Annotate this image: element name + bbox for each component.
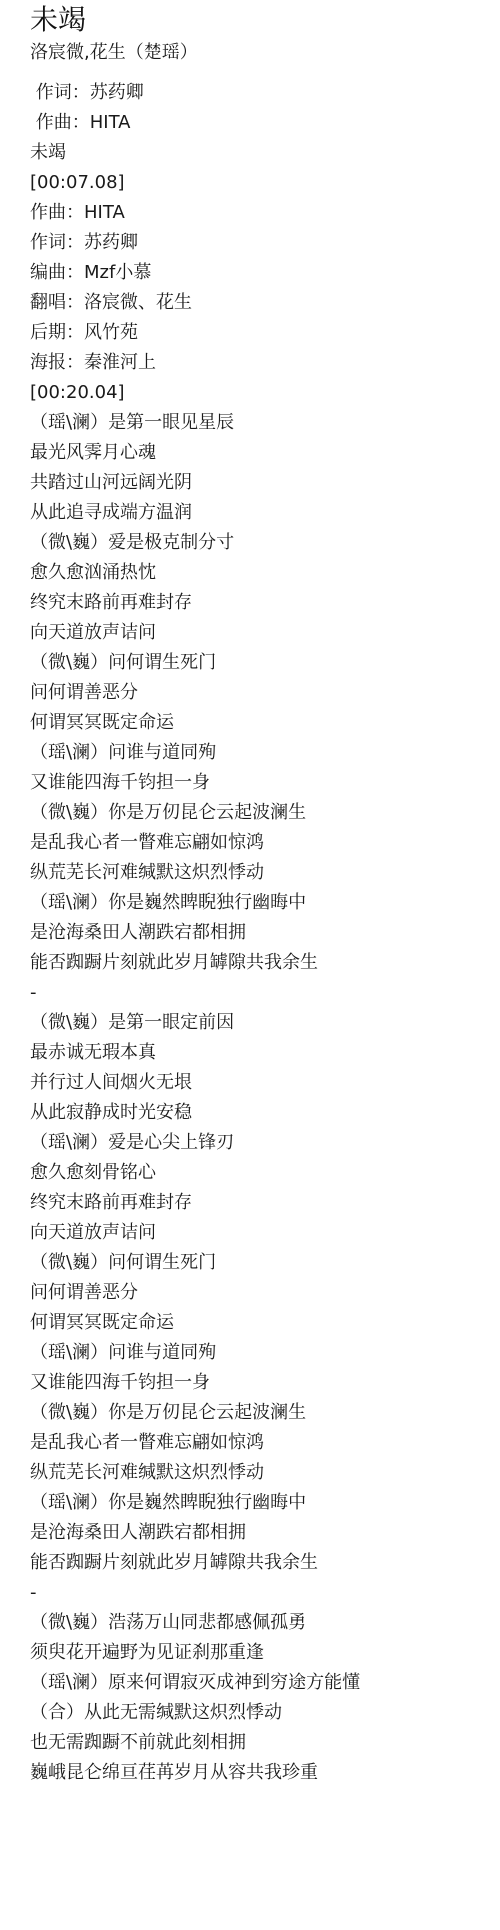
lyric-line: 能否踟蹰片刻就此岁月罅隙共我余生 xyxy=(30,1548,490,1578)
lyric-line: 何谓冥冥既定命运 xyxy=(30,708,490,738)
lyric-line: - xyxy=(30,1578,490,1608)
lyric-line: （微\巍）爱是极克制分寸 xyxy=(30,528,490,558)
lyric-line: 终究末路前再难封存 xyxy=(30,1188,490,1218)
lyric-line: 未竭 xyxy=(30,138,490,168)
lyric-line: [00:20.04] xyxy=(30,378,490,408)
song-artist: 洛宸微,花生（楚瑶） xyxy=(30,40,490,66)
lyric-line: 是乱我心者一瞥难忘翩如惊鸿 xyxy=(30,828,490,858)
lyric-line: 最光风霁月心魂 xyxy=(30,438,490,468)
lyric-line: （微\巍）你是万仞昆仑云起波澜生 xyxy=(30,798,490,828)
lyric-line: （瑶\澜）你是巍然睥睨独行幽晦中 xyxy=(30,888,490,918)
lyric-line: 并行过人间烟火无垠 xyxy=(30,1068,490,1098)
lyric-line: 是沧海桑田人潮跌宕都相拥 xyxy=(30,918,490,948)
lyric-line: 问何谓善恶分 xyxy=(30,678,490,708)
lyrics-list: 作词：苏药卿 作曲：HITA未竭[00:07.08]作曲：HITA作词：苏药卿编… xyxy=(30,78,490,1788)
lyric-line: （合）从此无需缄默这炽烈悸动 xyxy=(30,1698,490,1728)
lyric-line: 向天道放声诘问 xyxy=(30,618,490,648)
lyric-line: 何谓冥冥既定命运 xyxy=(30,1308,490,1338)
lyric-line: 从此寂静成时光安稳 xyxy=(30,1098,490,1128)
lyric-line: 愈久愈汹涌热忱 xyxy=(30,558,490,588)
lyric-line: 向天道放声诘问 xyxy=(30,1218,490,1248)
lyric-line: 最赤诚无瑕本真 xyxy=(30,1038,490,1068)
lyrics-page: 未竭 洛宸微,花生（楚瑶） 作词：苏药卿 作曲：HITA未竭[00:07.08]… xyxy=(30,0,490,1788)
song-title: 未竭 xyxy=(30,2,490,38)
lyric-line: 作曲：HITA xyxy=(30,108,490,138)
lyric-line: 愈久愈刻骨铭心 xyxy=(30,1158,490,1188)
lyric-line: 后期：风竹苑 xyxy=(30,318,490,348)
lyric-line: （微\巍）是第一眼定前因 xyxy=(30,1008,490,1038)
lyric-line: （微\巍）问何谓生死门 xyxy=(30,648,490,678)
lyric-line: （瑶\澜）问谁与道同殉 xyxy=(30,1338,490,1368)
lyric-line: （瑶\澜）原来何谓寂灭成神到穷途方能懂 xyxy=(30,1668,490,1698)
lyric-line: 翻唱：洛宸微、花生 xyxy=(30,288,490,318)
lyric-line: 编曲：Mzf小慕 xyxy=(30,258,490,288)
lyric-line: （瑶\澜）爱是心尖上锋刃 xyxy=(30,1128,490,1158)
lyric-line: （瑶\澜）是第一眼见星辰 xyxy=(30,408,490,438)
lyric-line: 问何谓善恶分 xyxy=(30,1278,490,1308)
lyric-line: 共踏过山河远阔光阴 xyxy=(30,468,490,498)
lyric-line: 又谁能四海千钧担一身 xyxy=(30,768,490,798)
lyric-line: （微\巍）你是万仞昆仑云起波澜生 xyxy=(30,1398,490,1428)
lyric-line: 终究末路前再难封存 xyxy=(30,588,490,618)
lyric-line: （微\巍）问何谓生死门 xyxy=(30,1248,490,1278)
lyric-line: 作词：苏药卿 xyxy=(30,228,490,258)
lyric-line: 巍峨昆仑绵亘荏苒岁月从容共我珍重 xyxy=(30,1758,490,1788)
lyric-line: 海报：秦淮河上 xyxy=(30,348,490,378)
lyric-line: （瑶\澜）你是巍然睥睨独行幽晦中 xyxy=(30,1488,490,1518)
lyric-line: 纵荒芜长河难缄默这炽烈悸动 xyxy=(30,858,490,888)
lyric-line: 是沧海桑田人潮跌宕都相拥 xyxy=(30,1518,490,1548)
lyric-line: 能否踟蹰片刻就此岁月罅隙共我余生 xyxy=(30,948,490,978)
lyric-line: 作曲：HITA xyxy=(30,198,490,228)
lyric-line: 须臾花开遍野为见证刹那重逢 xyxy=(30,1638,490,1668)
lyric-line: 也无需踟蹰不前就此刻相拥 xyxy=(30,1728,490,1758)
lyric-line: 是乱我心者一瞥难忘翩如惊鸿 xyxy=(30,1428,490,1458)
lyric-line: - xyxy=(30,978,490,1008)
lyric-line: 又谁能四海千钧担一身 xyxy=(30,1368,490,1398)
lyric-line: 纵荒芜长河难缄默这炽烈悸动 xyxy=(30,1458,490,1488)
lyric-line: （微\巍）浩荡万山同悲都感佩孤勇 xyxy=(30,1608,490,1638)
lyric-line: 从此追寻成端方温润 xyxy=(30,498,490,528)
lyric-line: （瑶\澜）问谁与道同殉 xyxy=(30,738,490,768)
lyric-line: [00:07.08] xyxy=(30,168,490,198)
lyric-line: 作词：苏药卿 xyxy=(30,78,490,108)
